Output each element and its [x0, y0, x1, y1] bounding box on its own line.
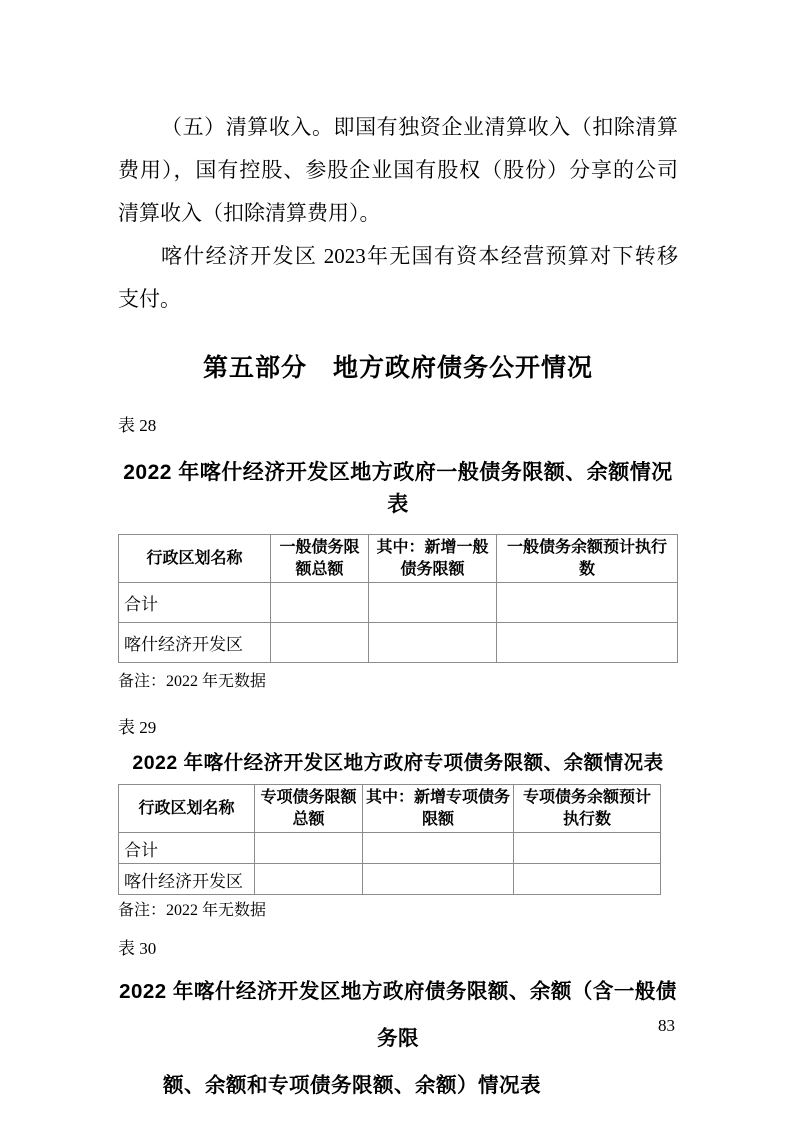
table-29-header-row: 行政区划名称 专项债务限额总额 其中：新增专项债务限额 专项债务余额预计执行数	[119, 785, 661, 833]
section-heading-part-five: 第五部分 地方政府债务公开情况	[118, 349, 678, 387]
row-header-cell: 喀什经济开发区	[119, 864, 255, 895]
paragraph-line: 支付。	[118, 278, 678, 321]
table-28-label: 表 28	[118, 415, 678, 437]
data-cell	[514, 864, 661, 895]
table-30-label: 表 30	[118, 938, 678, 960]
paragraph-line: 喀什经济开发区 2023年无国有资本经营预算对下转移	[118, 235, 678, 278]
column-header-special-debt-balance-estimate: 专项债务余额预计执行数	[514, 785, 661, 833]
table-29-special-debt: 行政区划名称 专项债务限额总额 其中：新增专项债务限额 专项债务余额预计执行数 …	[118, 784, 661, 895]
data-cell	[271, 583, 369, 623]
data-cell	[255, 833, 363, 864]
paragraph-no-transfer-payment: 喀什经济开发区 2023年无国有资本经营预算对下转移 支付。	[118, 235, 678, 321]
table-30-title-line2: 额、余额和专项债务限额、余额）情况表	[72, 1062, 632, 1109]
column-header-special-debt-limit-total: 专项债务限额总额	[255, 785, 363, 833]
page-content: （五）清算收入。即国有独资企业清算收入（扣除清算 费用），国有控股、参股企业国有…	[118, 106, 678, 1109]
paragraph-line: （五）清算收入。即国有独资企业清算收入（扣除清算	[118, 106, 678, 149]
table-row-kashgar-edz: 喀什经济开发区	[119, 864, 661, 895]
table-row-total: 合计	[119, 833, 661, 864]
data-cell	[514, 833, 661, 864]
row-header-cell: 合计	[119, 833, 255, 864]
row-header-cell: 合计	[119, 583, 271, 623]
data-cell	[497, 623, 678, 663]
column-header-region-name: 行政区划名称	[119, 535, 271, 583]
data-cell	[369, 623, 497, 663]
table-28-note: 备注：2022 年无数据	[118, 671, 678, 693]
table-30-title: 2022 年喀什经济开发区地方政府债务限额、余额（含一般债务限 额、余额和专项债…	[118, 968, 678, 1109]
paragraph-line: 费用），国有控股、参股企业国有股权（股份）分享的公司	[118, 149, 678, 192]
data-cell	[363, 864, 514, 895]
table-28-title: 2022 年喀什经济开发区地方政府一般债务限额、余额情况表	[118, 457, 678, 521]
column-header-new-special-debt-limit: 其中：新增专项债务限额	[363, 785, 514, 833]
page-number: 83	[658, 1016, 675, 1036]
table-29-label: 表 29	[118, 717, 678, 739]
data-cell	[497, 583, 678, 623]
data-cell	[363, 833, 514, 864]
data-cell	[271, 623, 369, 663]
table-row-kashgar-edz: 喀什经济开发区	[119, 623, 678, 663]
document-page: （五）清算收入。即国有独资企业清算收入（扣除清算 费用），国有控股、参股企业国有…	[0, 0, 793, 1122]
paragraph-liquidation-income: （五）清算收入。即国有独资企业清算收入（扣除清算 费用），国有控股、参股企业国有…	[118, 106, 678, 235]
table-29-note: 备注：2022 年无数据	[118, 900, 678, 922]
column-header-region-name: 行政区划名称	[119, 785, 255, 833]
column-header-general-debt-limit-total: 一般债务限额总额	[271, 535, 369, 583]
column-header-new-general-debt-limit: 其中：新增一般债务限额	[369, 535, 497, 583]
table-row-total: 合计	[119, 583, 678, 623]
table-29-title: 2022 年喀什经济开发区地方政府专项债务限额、余额情况表	[118, 748, 678, 778]
table-28-header-row: 行政区划名称 一般债务限额总额 其中：新增一般债务限额 一般债务余额预计执行数	[119, 535, 678, 583]
table-30-title-line1: 2022 年喀什经济开发区地方政府债务限额、余额（含一般债务限	[118, 968, 678, 1062]
row-header-cell: 喀什经济开发区	[119, 623, 271, 663]
paragraph-line: 清算收入（扣除清算费用）。	[118, 192, 678, 235]
data-cell	[369, 583, 497, 623]
table-28-general-debt: 行政区划名称 一般债务限额总额 其中：新增一般债务限额 一般债务余额预计执行数 …	[118, 534, 678, 663]
data-cell	[255, 864, 363, 895]
column-header-general-debt-balance-estimate: 一般债务余额预计执行数	[497, 535, 678, 583]
